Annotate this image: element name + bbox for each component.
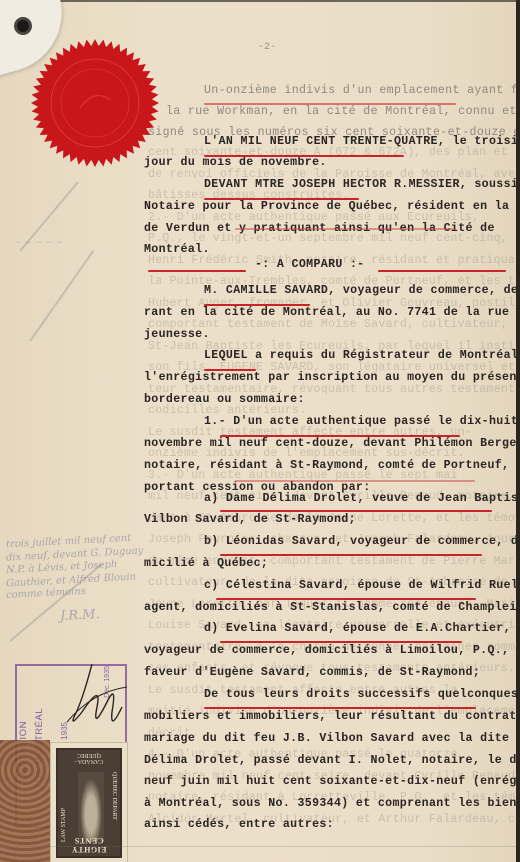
typed-line: L'AN MIL NEUF CENT TRENTE-QUATRE, le tro… [204,135,520,148]
notary-seal-icon [30,38,160,168]
typed-line: 1.- D'un acte authentique passé le dix-h… [204,415,518,428]
underline-droits [204,707,476,709]
faint-margin-note: ~ ~ ~ ~ ~ [14,238,63,248]
typed-line: Notaire pour la Province de Québec, rési… [144,200,520,213]
typed-line: novembre mil neuf cent-douze, devant Phi… [144,437,520,450]
pencil-strike-upper [29,250,93,341]
typed-line: Délima Drolet, passé devant I. Nolet, no… [144,754,520,767]
binding-grommet-icon [14,17,32,35]
typed-line: a) Dame Délima Drolet, veuve de Jean Bap… [204,492,520,505]
page-fold-line [0,846,516,847]
typed-line: ainsi cédés, entre autres: [144,818,334,831]
typed-line: micilié à Québec; [144,557,268,570]
page-top-edge [0,0,520,2]
underline-comparu-right [378,270,506,272]
typed-line: LEQUEL a requis du Régistrateur de Montr… [204,349,520,362]
underline-item-1 [220,435,460,437]
underline-devant [204,198,359,200]
page-number: -2- [258,42,276,53]
typed-line: DEVANT MTRE JOSEPH HECTOR R.MESSIER, sou… [204,178,520,191]
typed-line: jour du mois de novembre. [144,156,327,169]
underline-bleed-2 [235,228,455,230]
law-stamp-value: EIGHTY CENTS [62,836,116,854]
law-stamp-left-text: LAW STAMP [61,772,67,842]
typed-line: neuf juin mil huit cent soixante-et-dix-… [144,775,520,788]
law-stamp-figure-icon [78,772,104,842]
signature-icon [62,662,132,742]
document-page: -2- cent soixante-et-douze A (672 & 672A… [0,0,516,862]
typed-line: agent, domiciliés à St-Stanislas, comté … [144,601,520,614]
typed-line: notaire, résidant à St-Raymond, comté de… [144,459,520,472]
typed-line: voyageur de commerce, domiciliés à Limoi… [144,644,520,657]
typed-line: M. CAMILLE SAVARD, voyageur de commerce,… [204,284,520,297]
typed-line: Montréal. [144,243,210,256]
underline-camille [204,304,310,306]
underline-lequel [204,369,256,371]
faint-typed-line: la rue Workman, en la cité de Montréal, … [166,105,520,118]
typed-line: mobiliers et immobiliers, leur résultant… [144,710,520,723]
typed-line: c) Célestina Savard, épouse de Wilfrid R… [204,579,520,592]
typed-line: De tous leurs droits successifs quelconq… [204,688,520,701]
law-stamp-right-text: QUEBEC DEPART [111,772,117,842]
law-stamp-top-text: CANADA - QUEBEC [62,752,116,764]
typed-line: rant en la cité de Montréal, au No. 7741… [144,306,520,319]
law-stamp: CANADA - QUEBEC LAW STAMP QUEBEC DEPART … [50,742,128,862]
underline-onzieme [204,103,456,105]
underline-an-mil [204,155,404,157]
typed-line: jeunesse. [144,328,210,341]
typed-line: bordereau ou sommaire: [144,393,305,406]
law-stamp-frame: CANADA - QUEBEC LAW STAMP QUEBEC DEPART … [56,748,122,858]
underline-b [220,554,482,556]
revenue-stamp-brown [0,740,50,862]
underline-d [220,641,462,643]
margin-initials: J.R.M. [60,607,100,624]
underline-bleed-3 [235,480,475,482]
scan-right-edge [516,0,520,862]
typed-line: mariage du dit feu J.B. Vilbon Savard av… [144,732,520,745]
typed-line: à Montréal, sous No. 359344) et comprena… [144,797,520,810]
typed-line: faveur d'Eugène Savard, commis, de St-Ra… [144,666,480,679]
typed-line: l'enrégistrement par inscription au moye… [144,371,520,384]
typed-line: Vilbon Savard, de St-Raymond; [144,513,356,526]
faint-typed-line: Un-onzième indivis d'un emplacement ayan… [204,84,520,97]
underline-c [216,598,476,600]
typed-line: d) Evelina Savard, épouse de E.A.Chartie… [204,622,511,635]
typed-line: -: A COMPARU :- [255,258,365,271]
typed-line: b) Léonidas Savard, voyageur de commerce… [204,535,520,548]
underline-a [220,510,492,512]
underline-comparu-left [148,270,246,272]
